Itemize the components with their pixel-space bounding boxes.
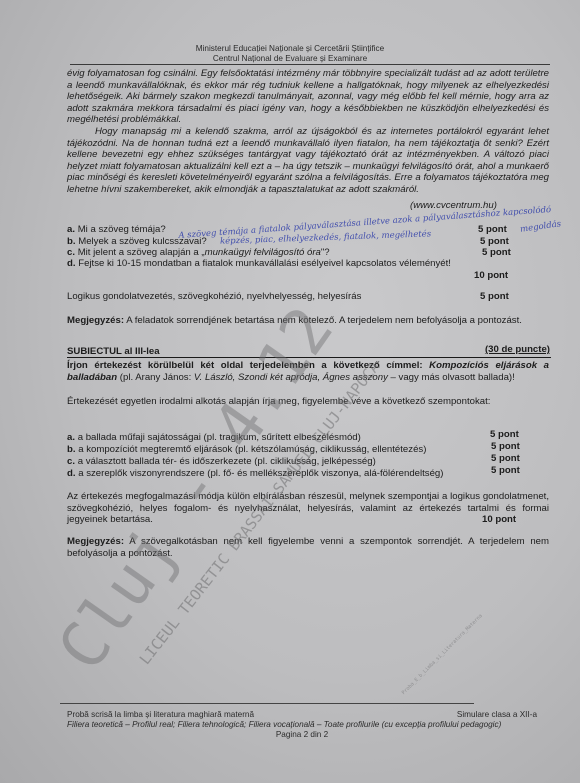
criterion-a-points: 5 pont	[490, 429, 519, 440]
criteria-logic-points: 5 pont	[480, 291, 509, 302]
criterion-a: a. a ballada műfaji sajátosságai (pl. tr…	[67, 432, 537, 444]
footer-profiles: Filiera teoretică – Profilul real; Filie…	[67, 720, 537, 730]
center-name: Centrul Național de Evaluare și Examinar…	[0, 54, 580, 64]
question-d: d. Fejtse ki 10-15 mondatban a fiatalok …	[67, 258, 547, 270]
style-criteria-points: 10 pont	[482, 514, 516, 525]
question-a-points: 5 pont	[478, 224, 507, 235]
criterion-d-points: 5 pont	[491, 465, 520, 476]
ministry-name: Ministerul Educației Naționale și Cercet…	[0, 44, 580, 54]
criterion-b-points: 5 pont	[491, 441, 520, 452]
footer-subject: Probă scrisă la limba și literatura magh…	[67, 710, 254, 720]
document-footer: Probă scrisă la limba și literatura magh…	[67, 710, 537, 740]
question-d-points: 10 pont	[474, 270, 508, 281]
subject-3-instruction: Értekezését egyetlen irodalmi alkotás al…	[67, 396, 549, 408]
question-c-points: 5 pont	[482, 247, 511, 258]
footer-divider	[60, 703, 474, 704]
criterion-c-points: 5 pont	[491, 453, 520, 464]
passage-paragraph-1: évig folyamatosan fog csinálni. Egy fels…	[67, 68, 549, 126]
question-c: c. Mit jelent a szöveg alapján a „munkaü…	[67, 247, 537, 259]
header-divider	[70, 64, 550, 65]
subject-3-points: (30 de puncte)	[485, 344, 550, 355]
page-number: Pagina 2 din 2	[67, 730, 537, 740]
passage-paragraph-2: Hogy manapság mi a kelendő szakma, arról…	[67, 126, 549, 196]
exam-page: Ministerul Educației Naționale și Cercet…	[0, 0, 580, 783]
stamp-exam-code: Proba_E_b_Limba_si_Literatura_Materna	[401, 613, 484, 696]
footer-exam-type: Simulare clasa a XII-a	[457, 710, 537, 720]
criteria-logic: Logikus gondolatvezetés, szövegkohézió, …	[67, 291, 537, 303]
handwritten-answer-a-continuation: megoldás	[520, 219, 562, 235]
document-header: Ministerul Educației Naționale și Cercet…	[0, 44, 580, 64]
question-b-points: 5 pont	[480, 236, 509, 247]
